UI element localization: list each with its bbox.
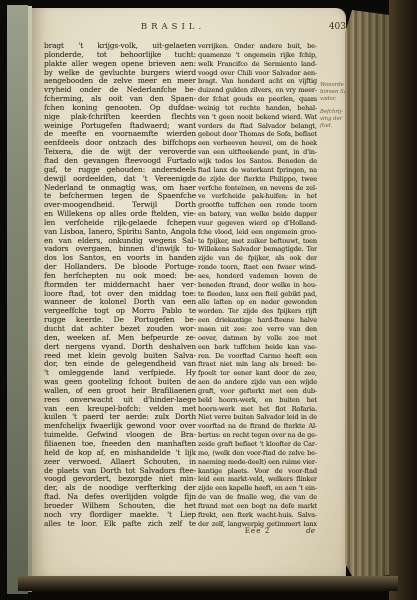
text-line: te fleeden, lanx een fteil gebikt pad, bbox=[198, 290, 317, 299]
text-line: der, als de noodige verfterking der bbox=[44, 484, 196, 493]
text-line: van een kreupel-bofch: velden met bbox=[44, 405, 196, 414]
text-line: 't omleggende land verfpiede. Hy bbox=[44, 369, 196, 378]
text-line: de meefte en voornaemfte wierden bbox=[44, 130, 196, 139]
text-line: rees onverwacht uit d'hinder-laege bbox=[44, 396, 196, 405]
text-line: over-moogendheid. Terwijl Dorth bbox=[44, 201, 196, 210]
text-line: vergeeffche togt op Morro Pablo te bbox=[44, 307, 196, 316]
text-line: mo, (welk den voor-ftad de zelve be- bbox=[198, 449, 317, 458]
text-line: en batery, van welke beide dapper bbox=[198, 210, 317, 219]
text-line: te fpijker, met zuiker beftouwt, toen bbox=[198, 237, 317, 246]
text-line: te befchermen tegen de Spaenfche bbox=[44, 192, 196, 201]
text-line: ve verfcheide pak-huifen: in het bbox=[198, 192, 317, 201]
text-line: dor, ten einde de gelegendheid van bbox=[44, 360, 196, 369]
text-line: ducht dat achter bezet zouden wor- bbox=[44, 325, 196, 334]
text-line: oever, datmen by volle zee met bbox=[198, 334, 317, 343]
text-line: der Hollanders. De bloode Portuge- bbox=[44, 263, 196, 272]
text-line: voogd over Chili voor Salvador aen- bbox=[198, 69, 317, 78]
text-line: zijde van de fpijker, als ook der bbox=[198, 254, 317, 263]
text-line: van Lisboa, Ianero, Spiritu Santo, Angol… bbox=[44, 228, 196, 237]
text-line: naeming mede-deelt) een ruime vier- bbox=[198, 458, 317, 467]
text-line: dewijl oordeelden, dat 't Vereenigde bbox=[44, 175, 196, 184]
text-line: ftrand met een bogt na defe markt bbox=[198, 502, 317, 511]
text-line: Nederland te onmagtig was, om haer bbox=[44, 184, 196, 193]
text-line: zeer verwoed. Allaert Schouten, in bbox=[44, 458, 196, 467]
text-line: een driekantige hard-fteene halve bbox=[198, 316, 317, 325]
text-line: beneden ftrand, door welke in hou- bbox=[198, 281, 317, 290]
text-line: bertus: en recht tegen over na de ge- bbox=[198, 431, 317, 440]
text-line: wanneer de kolonel Dorth van een bbox=[44, 298, 196, 307]
text-line: der fchat gouds en peerlen, quam bbox=[198, 95, 317, 104]
text-line: held de kop af, en mishandelde 't lijk bbox=[44, 449, 196, 458]
text-line: bragt. Van honderd acht en vijftig bbox=[198, 77, 317, 86]
book-photo: BRASIL. 403 bragt 't krijgs-volk, uit-ge… bbox=[0, 0, 417, 600]
bottom-page-edges bbox=[18, 576, 398, 591]
text-line: van een uitfteekende punt, in d'in- bbox=[198, 148, 317, 157]
text-line: een bark tuffchen beide kan vae- bbox=[198, 343, 317, 352]
text-line: Niet verre buiten Salvador leid in de bbox=[198, 413, 317, 422]
text-line: de plaets van Dorth tot Salvadors ftee- bbox=[44, 467, 196, 476]
text-line: beld hoorn-werk, en buiten het bbox=[198, 396, 317, 405]
text-line: vorders de ftad Salvador belangt, bbox=[198, 122, 317, 131]
text-line: de zijde der fterkte Philippo, twee bbox=[198, 175, 317, 184]
left-text-column: bragt 't krijgs-volk, uit-gelaetenplonde… bbox=[44, 42, 196, 528]
text-line: ftad lanx de waterkant fpringen, na bbox=[198, 166, 317, 175]
text-line: verfche fonteinen, en nevens de zel- bbox=[198, 184, 317, 193]
text-line: vryheid onder de Nederlanfche be- bbox=[44, 86, 196, 95]
text-line: worden. Ter zijde des fpijkers rijft bbox=[198, 307, 317, 316]
text-line: ftad den gevangen fteevoogd Furtado bbox=[44, 157, 196, 166]
text-line: fche vlood, leid een ongemein groo- bbox=[198, 228, 317, 237]
book-page: BRASIL. 403 bragt 't krijgs-volk, uit-ge… bbox=[32, 8, 346, 576]
text-line: voogd gevordert, bezorgde niet min- bbox=[44, 475, 196, 484]
text-line: weinig tot rechte handen, behal- bbox=[198, 104, 317, 113]
text-line: ftraet niet min lang als breed: be- bbox=[198, 360, 317, 369]
text-line: ven 't geen nooit bekend wierd. Wat bbox=[198, 113, 317, 122]
text-line: een verheeven heuvel, om de hoek bbox=[198, 139, 317, 148]
text-line: broeder Wilhem Schouten, die het bbox=[44, 502, 196, 511]
text-line: zijde een kapelle heeft, en aen 't ein- bbox=[198, 484, 317, 493]
text-line: kuilen 't paerd ter aerde: zulx Dorth bbox=[44, 413, 196, 422]
text-line: duizend gulden zilvers, en vry meer- bbox=[198, 86, 317, 95]
text-line: Willekens Salvador bemagtigde. Ter bbox=[198, 245, 317, 254]
text-line: dert nergens vyand. Dorth deshalven bbox=[44, 343, 196, 352]
text-line: by welke de gevluchte burgers wierd bbox=[44, 69, 196, 78]
text-line: grootfte tuffchen een ronde toorn bbox=[198, 201, 317, 210]
page-number: 403 bbox=[308, 22, 346, 32]
text-line: wijk todos los Santos. Beneden de bbox=[198, 157, 317, 166]
text-line: ren. De voorftad Carmo heeft een bbox=[198, 352, 317, 361]
text-line: tuimelde. Gefwind vloogen de Bra- bbox=[44, 431, 196, 440]
text-line: aes, honderd vademen boven de bbox=[198, 272, 317, 281]
text-line: maen uit zee: zoo verre van den bbox=[198, 325, 317, 334]
text-line: weinige Portugefen ftadwaerd; want bbox=[44, 122, 196, 131]
text-line: menfchelijx fwaerlijk gewond voor over bbox=[44, 422, 196, 431]
text-line: bragt 't krijgs-volk, uit-gelaeten bbox=[44, 42, 196, 51]
text-line: eenfdeels door ontzach des biffchops bbox=[44, 139, 196, 148]
text-line: kantige plaets. Voor de voor-ftad bbox=[198, 467, 317, 476]
text-line: rugge keerde. De Portugefen be- bbox=[44, 316, 196, 325]
text-line: graft, voor gefterkt met een dub- bbox=[198, 387, 317, 396]
text-line: fcherming, als ooit van den Spaen- bbox=[44, 95, 196, 104]
text-line: reed met klein gevolg buiten Salva- bbox=[44, 352, 196, 361]
text-line: Teixera, die de wijt der veroverde bbox=[44, 148, 196, 157]
text-line: vadors overgaen, binnen d'inwijk to- bbox=[44, 245, 196, 254]
text-line: wallen, of een groot heir Brafiliaenen bbox=[44, 387, 196, 396]
text-line: noch vry flordiger maekte. 't Liep bbox=[44, 511, 196, 520]
text-line: aen de andere zijde van een wijde bbox=[198, 378, 317, 387]
text-line: en van elders, onkundig wegens Sal- bbox=[44, 237, 196, 246]
text-line: plakte aller wegen opene brieven aen: bbox=[44, 60, 196, 69]
text-line: aengebooden de zelve meer en meer bbox=[44, 77, 196, 86]
text-line: gebout door Thomas de Sofa, beflaet bbox=[198, 130, 317, 139]
text-line: filiaenen toe, fneeden den manhaften bbox=[44, 440, 196, 449]
text-line: dos los Santos, en voorts in handen bbox=[44, 254, 196, 263]
text-line: loore ftad, tot over den middag toe: bbox=[44, 290, 196, 299]
text-line: plonderde, tot behoorlijke tucht: bbox=[44, 51, 196, 60]
text-line: alle laften op en neder gewonden bbox=[198, 298, 317, 307]
right-text-column: verrijken. Onder andere buit, be-quamenz… bbox=[198, 42, 317, 528]
right-book-cover bbox=[389, 0, 417, 600]
text-line: quamenze 't ongemein rijke fchip, bbox=[198, 51, 317, 60]
text-line: en Willekens op alles orde ftelden, vie- bbox=[44, 210, 196, 219]
page-stack-fore-edge bbox=[345, 10, 395, 580]
catchword: de bbox=[306, 526, 315, 535]
text-line: ronde toorn, ftaet een fwaer wind- bbox=[198, 263, 317, 272]
text-line: nige plak-fchriften keerden flechts bbox=[44, 113, 196, 122]
text-line: ftad. Na defes overlijden volgde fijn bbox=[44, 493, 196, 502]
text-line: leid een markt-veld, welkers flinker bbox=[198, 475, 317, 484]
text-line: fen herfchepten nu ook moed: be- bbox=[44, 272, 196, 281]
text-line: verrijken. Onder andere buit, be- bbox=[198, 42, 317, 51]
footer-row: Eee 2 de bbox=[198, 526, 317, 536]
text-line: fpoelt ter eener kant door de zee, bbox=[198, 369, 317, 378]
left-book-cover-edge bbox=[7, 5, 28, 594]
text-line: len verfcheide rijk-gelaede fchepen bbox=[44, 219, 196, 228]
text-line: gaf, te rugge gehouden: andersdeels bbox=[44, 166, 196, 175]
signature-mark: Eee 2 bbox=[198, 526, 317, 535]
text-line: voorftad na de ftrand de fterkte Al- bbox=[198, 422, 317, 431]
running-head: BRASIL. bbox=[43, 22, 303, 32]
text-line: hoorn-werk met het flot Rofaria. bbox=[198, 405, 317, 414]
text-line: den, weeken af. Men befpeurde ze- bbox=[44, 334, 196, 343]
text-line: fchen koning genooten. Op dufdae- bbox=[44, 104, 196, 113]
text-line: was geen gooteling fchoot buiten de bbox=[44, 378, 196, 387]
text-line: ftrekt, een fterk wacht-huis. Salva- bbox=[198, 511, 317, 520]
text-line: alles te loor. Elk pafte zich zelf te bbox=[44, 520, 196, 529]
text-line: welk Francifco de Sermiento land- bbox=[198, 60, 317, 69]
text-line: de van de fmalle weg, die van de bbox=[198, 493, 317, 502]
text-line: ftormden ter middernacht haer ver- bbox=[44, 281, 196, 290]
text-line: zeide graft beflaet 't kloofter de Car- bbox=[198, 440, 317, 449]
text-line: vuur gegeven wierd op d'Holland- bbox=[198, 219, 317, 228]
